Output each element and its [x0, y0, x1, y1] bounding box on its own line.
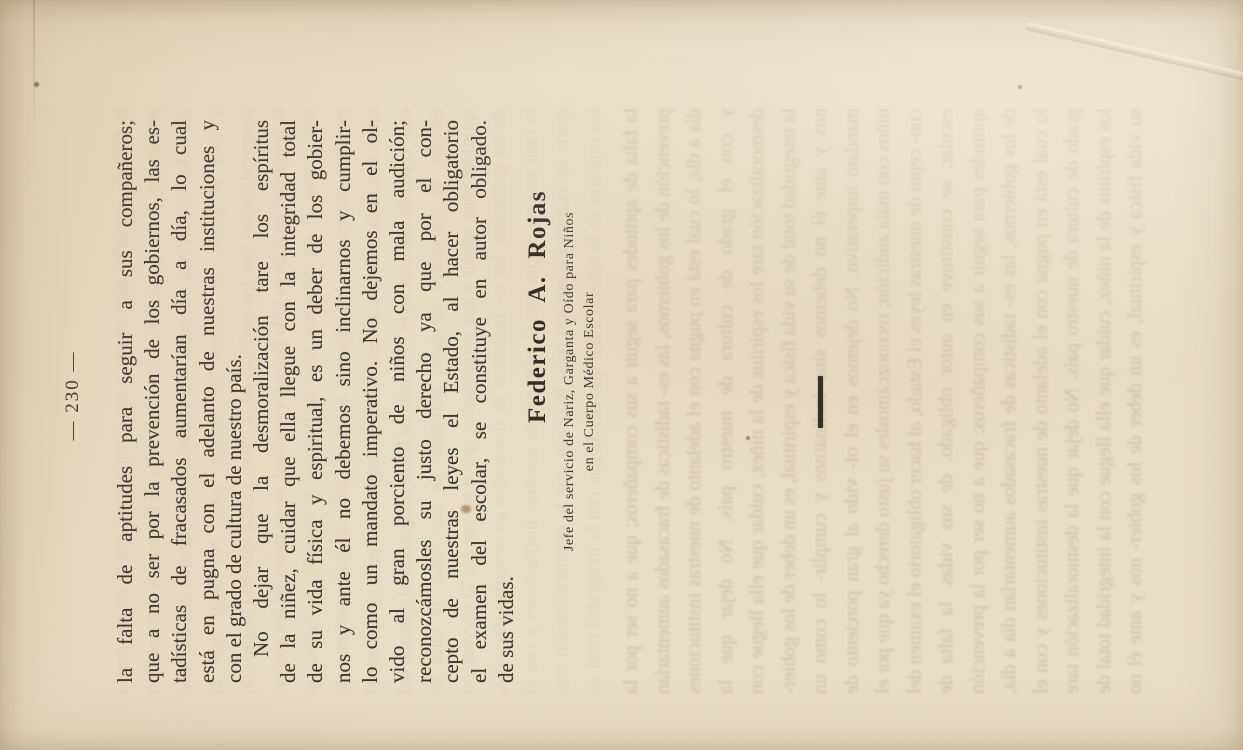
body-line: nos y ante él no debemos sino inclinarno…	[330, 120, 357, 683]
body-line: lo como un mandato imperativo. No dejemo…	[357, 120, 384, 683]
body-line: de la niñez, cuidar que ella llegue con …	[275, 120, 302, 683]
bleedthrough-text-lower: la falta de aptitudes para seguir a sus …	[616, 108, 1156, 694]
section-divider-rule	[818, 376, 823, 428]
paper-crease-left	[33, 0, 35, 140]
book-page: la falta de aptitudes para seguir a sus …	[0, 0, 1243, 750]
signature-role-line1: Jefe del servicio de Nariz, Garganta y O…	[560, 100, 580, 663]
body-line: la falta de aptitudes para seguir a sus …	[112, 120, 139, 683]
body-line: reconozcámosles su justo derecho ya que …	[411, 120, 438, 683]
body-line: de su vida física y espiritual, es un de…	[302, 120, 329, 683]
page-number: — 230 —	[62, 114, 84, 677]
body-line: de sus vidas.	[493, 120, 520, 683]
body-line: que a no ser por la prevención de los go…	[139, 120, 166, 683]
body-line: vido al gran porciento de niños con mala…	[384, 120, 411, 683]
scanned-document-page: la falta de aptitudes para seguir a sus …	[0, 0, 1243, 750]
body-line: con el grado de cultura de nuestro país.	[221, 120, 248, 683]
body-line: tadísticas de fracasados aumentarían día…	[166, 120, 193, 683]
signature-name: Federico A. Rojas	[524, 25, 552, 588]
body-text: la falta de aptitudes para seguir a sus …	[112, 120, 520, 683]
body-line: está en pugna con el adelanto de nuestra…	[194, 120, 221, 683]
body-line: el examen del escolar, se constituye en …	[466, 120, 493, 683]
signature-role: Jefe del servicio de Nariz, Garganta y O…	[560, 100, 600, 663]
signature-role-line2: en el Cuerpo Médico Escolar	[580, 100, 600, 663]
body-line: No dejar que la desmoralización tare los…	[248, 120, 275, 683]
body-line: cepto de nuestras leyes el Estado, al ha…	[438, 120, 465, 683]
